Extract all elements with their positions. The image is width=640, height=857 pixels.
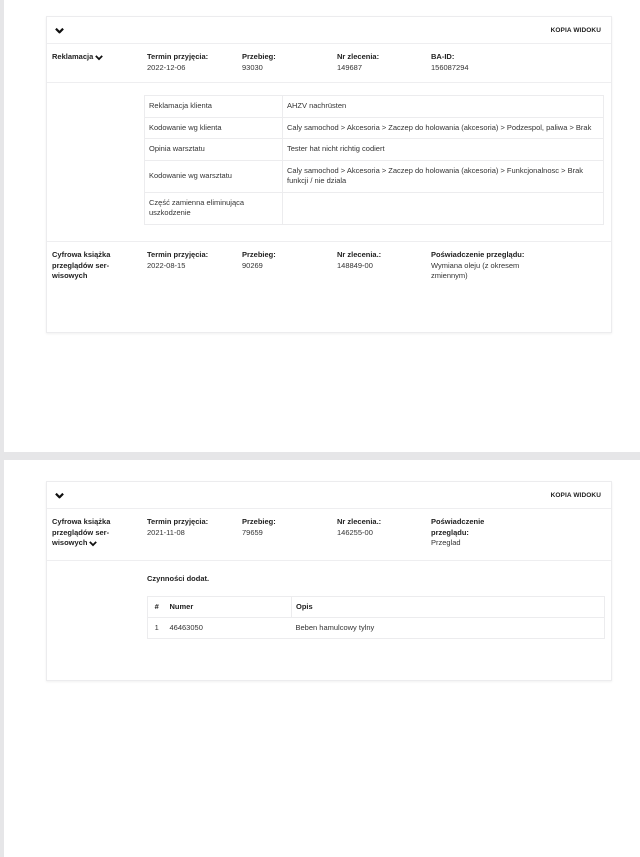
table-row: Opinia warsztatu Tester hat nicht richti… (145, 139, 604, 161)
table-row: Kodowanie wg klienta Caly samochod > Akc… (145, 117, 604, 139)
copy-view-button[interactable]: KOPIA WIDOKU (551, 492, 601, 499)
document-page-2: KOPIA WIDOKU Cyfrowa książka przeglądów … (4, 460, 640, 857)
field-intake-date: Termin przyjęcia: 2021-11-08 (147, 517, 237, 538)
field-mileage: Przebieg: 90269 (242, 250, 332, 271)
table-row: Kodowanie wg warsztatu Caly samochod > A… (145, 160, 604, 192)
service-history-card: KOPIA WIDOKU Reklamacja Termin przyjęcia… (46, 16, 612, 333)
record-type[interactable]: Cyfrowa książka przeglądów ser-wisowych (52, 250, 137, 282)
table-row: 1 46463050 Beben hamulcowy tylny (148, 618, 605, 639)
record-row-complaint[interactable]: Reklamacja Termin przyjęcia: 2022-12-06 … (47, 44, 611, 83)
chevron-down-icon[interactable] (55, 491, 64, 500)
record-row-service-book[interactable]: Cyfrowa książka przeglądów ser-wisowych … (47, 509, 611, 561)
table-header-row: # Numer Opis (148, 597, 605, 618)
complaint-details-section: Reklamacja klienta AHZV nachrüsten Kodow… (47, 83, 611, 242)
chevron-down-icon[interactable] (95, 54, 103, 61)
field-inspection-certificate: Poświadczenie przeglądu: Przeglad (431, 517, 511, 549)
complaint-details-table: Reklamacja klienta AHZV nachrüsten Kodow… (144, 95, 604, 225)
field-order-number: Nr zlecenia.: 148849-00 (337, 250, 427, 271)
card-header: KOPIA WIDOKU (47, 17, 611, 44)
record-type[interactable]: Cyfrowa książka przeglądów ser-wisowych (52, 517, 137, 549)
card-header: KOPIA WIDOKU (47, 482, 611, 509)
record-type[interactable]: Reklamacja (52, 52, 137, 63)
field-order-number: Nr zlecenia.: 146255-00 (337, 517, 427, 538)
chevron-down-icon[interactable] (89, 540, 97, 547)
field-inspection-certificate: Poświadczenie przeglądu: Wymiana oleju (… (431, 250, 526, 282)
record-row-service-book[interactable]: Cyfrowa książka przeglądów ser-wisowych … (47, 242, 611, 332)
additional-operations-section: Czynności dodat. # Numer Opis 1 46463050… (47, 561, 611, 679)
field-mileage: Przebieg: 79659 (242, 517, 332, 538)
section-title: Czynności dodat. (147, 574, 209, 583)
chevron-down-icon[interactable] (55, 26, 64, 35)
field-order-number: Nr zlecenia: 149687 (337, 52, 427, 73)
table-row: Część zamienna eliminująca uszkodzenie (145, 192, 604, 224)
field-intake-date: Termin przyjęcia: 2022-08-15 (147, 250, 237, 271)
field-mileage: Przebieg: 93030 (242, 52, 332, 73)
document-page-1: KOPIA WIDOKU Reklamacja Termin przyjęcia… (4, 0, 640, 452)
table-row: Reklamacja klienta AHZV nachrüsten (145, 96, 604, 118)
service-history-card: KOPIA WIDOKU Cyfrowa książka przeglądów … (46, 481, 612, 681)
copy-view-button[interactable]: KOPIA WIDOKU (551, 27, 601, 34)
field-ba-id: BA-ID: 156087294 (431, 52, 541, 73)
additional-operations-table: # Numer Opis 1 46463050 Beben hamulcowy … (147, 596, 605, 639)
field-intake-date: Termin przyjęcia: 2022-12-06 (147, 52, 237, 73)
